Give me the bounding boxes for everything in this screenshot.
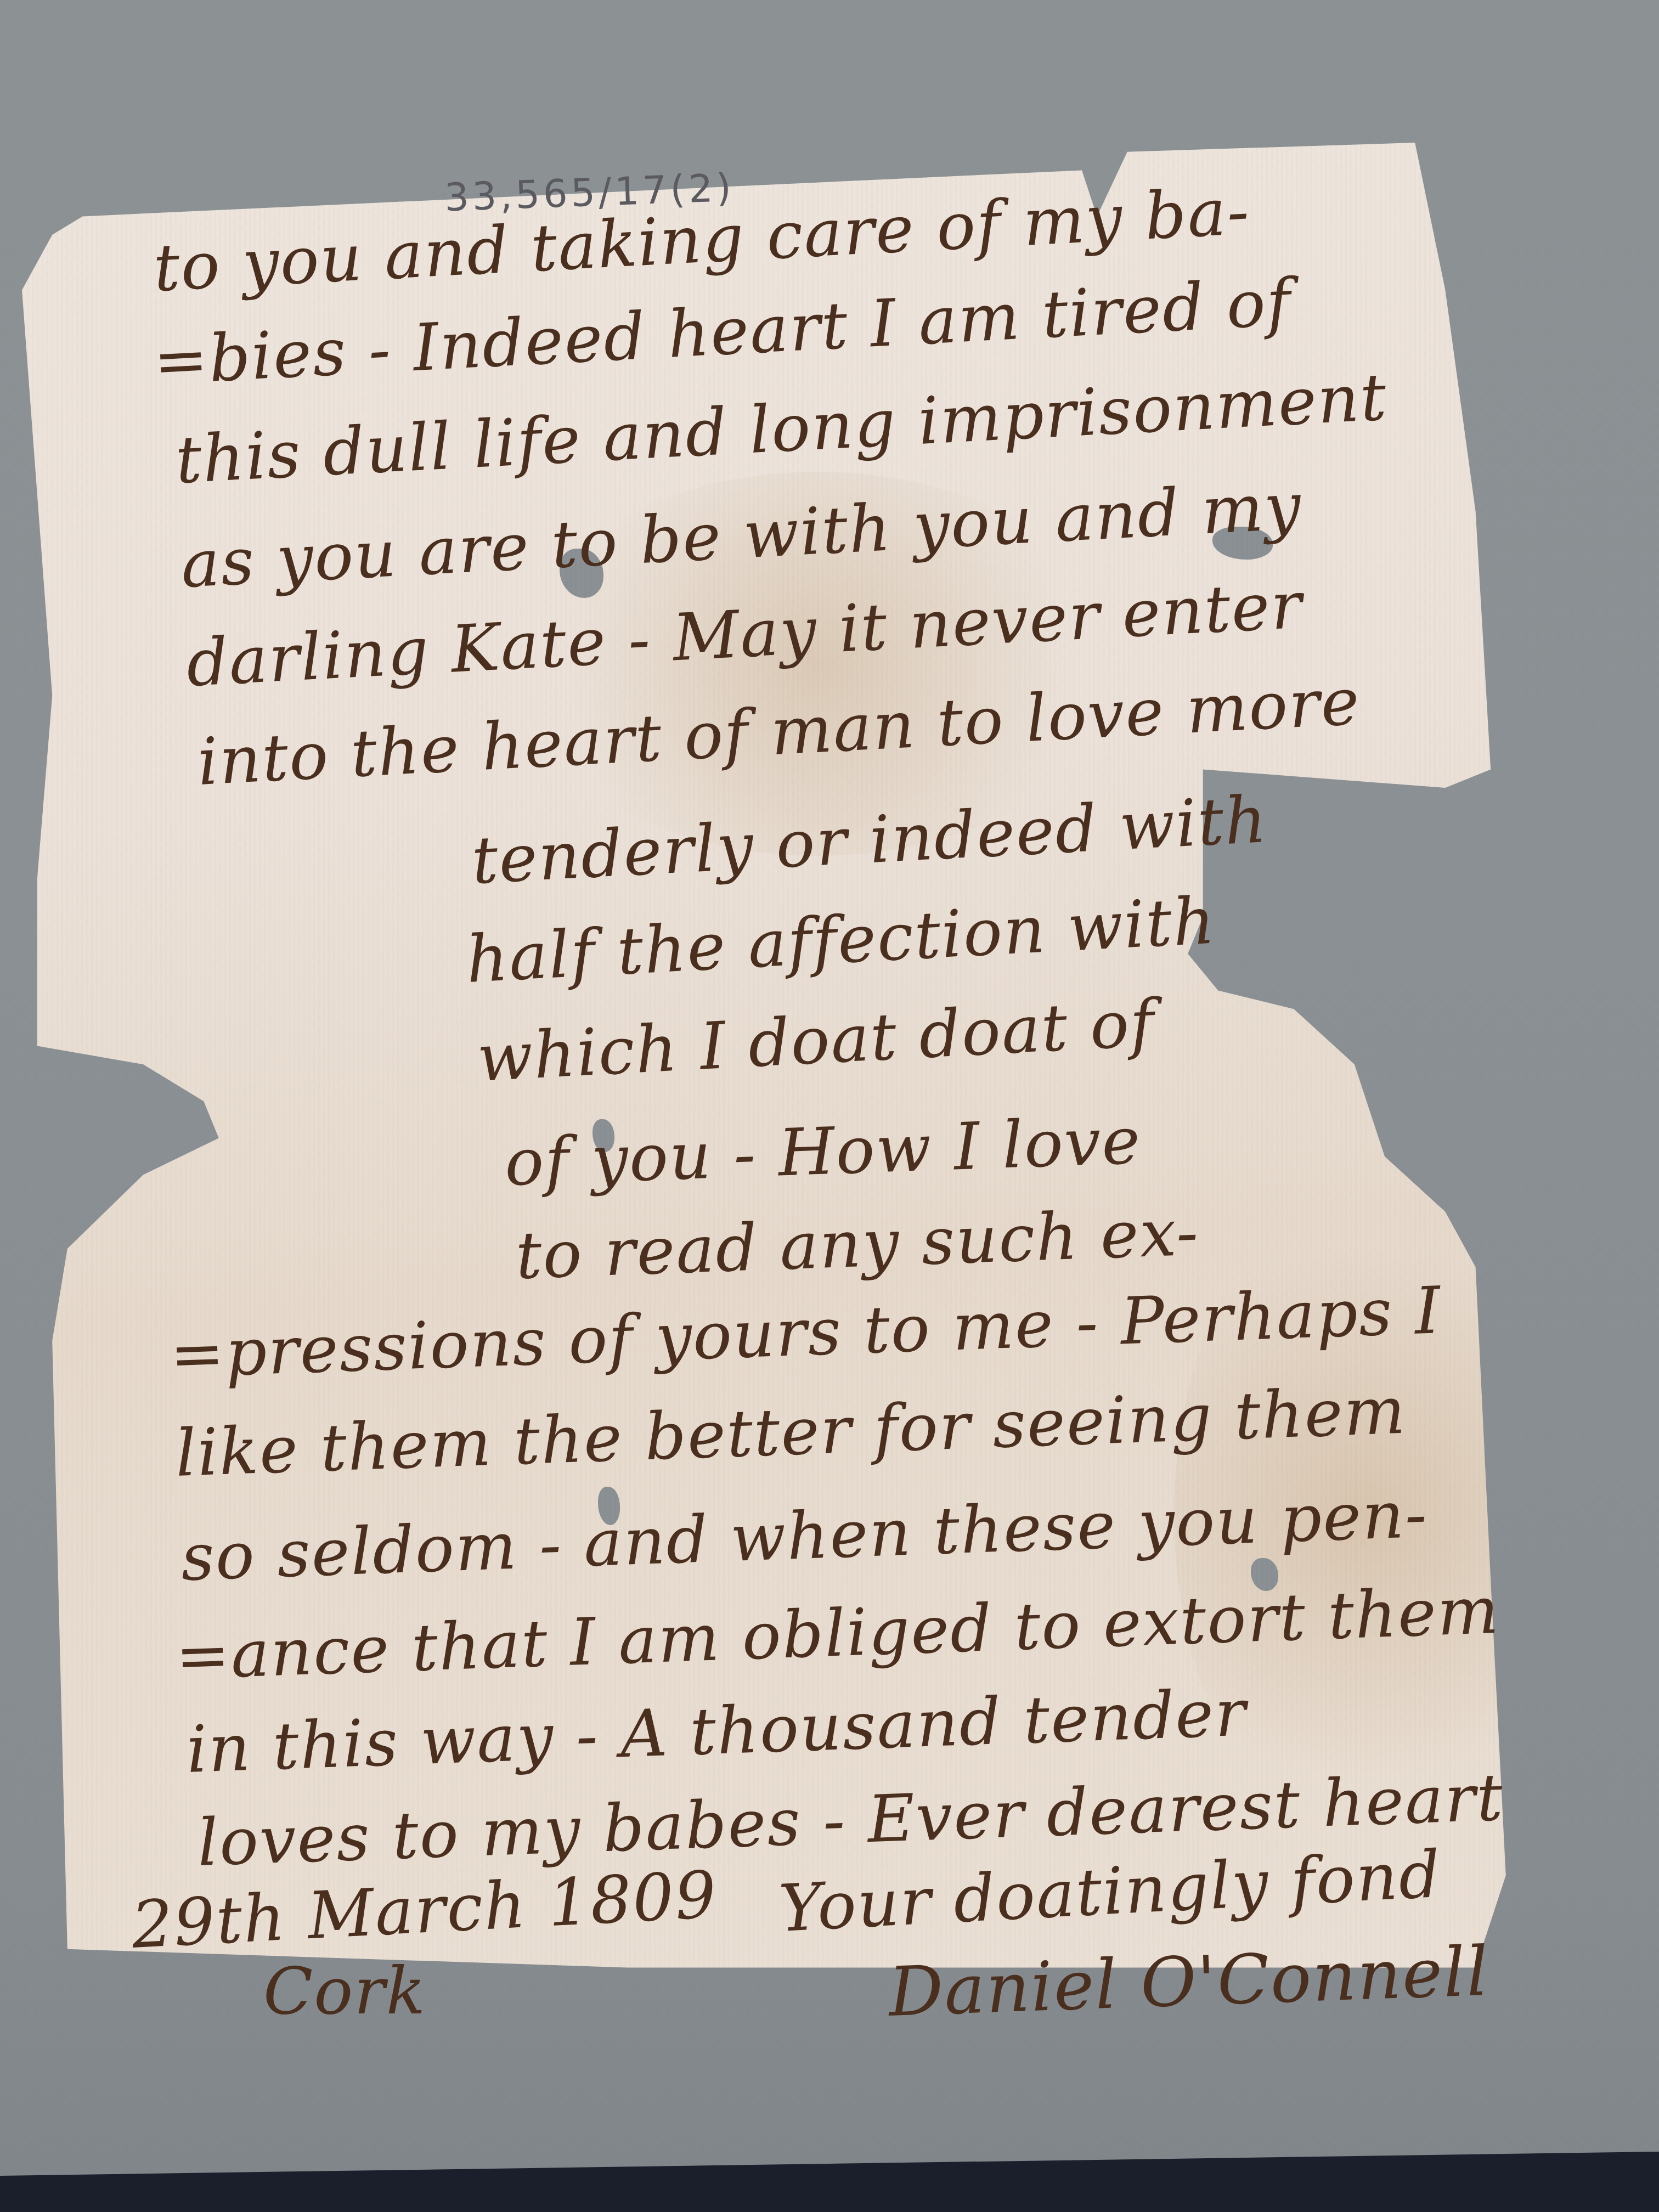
dateline-place: Cork <box>263 1953 426 2029</box>
dark-table-edge <box>0 2152 1659 2212</box>
